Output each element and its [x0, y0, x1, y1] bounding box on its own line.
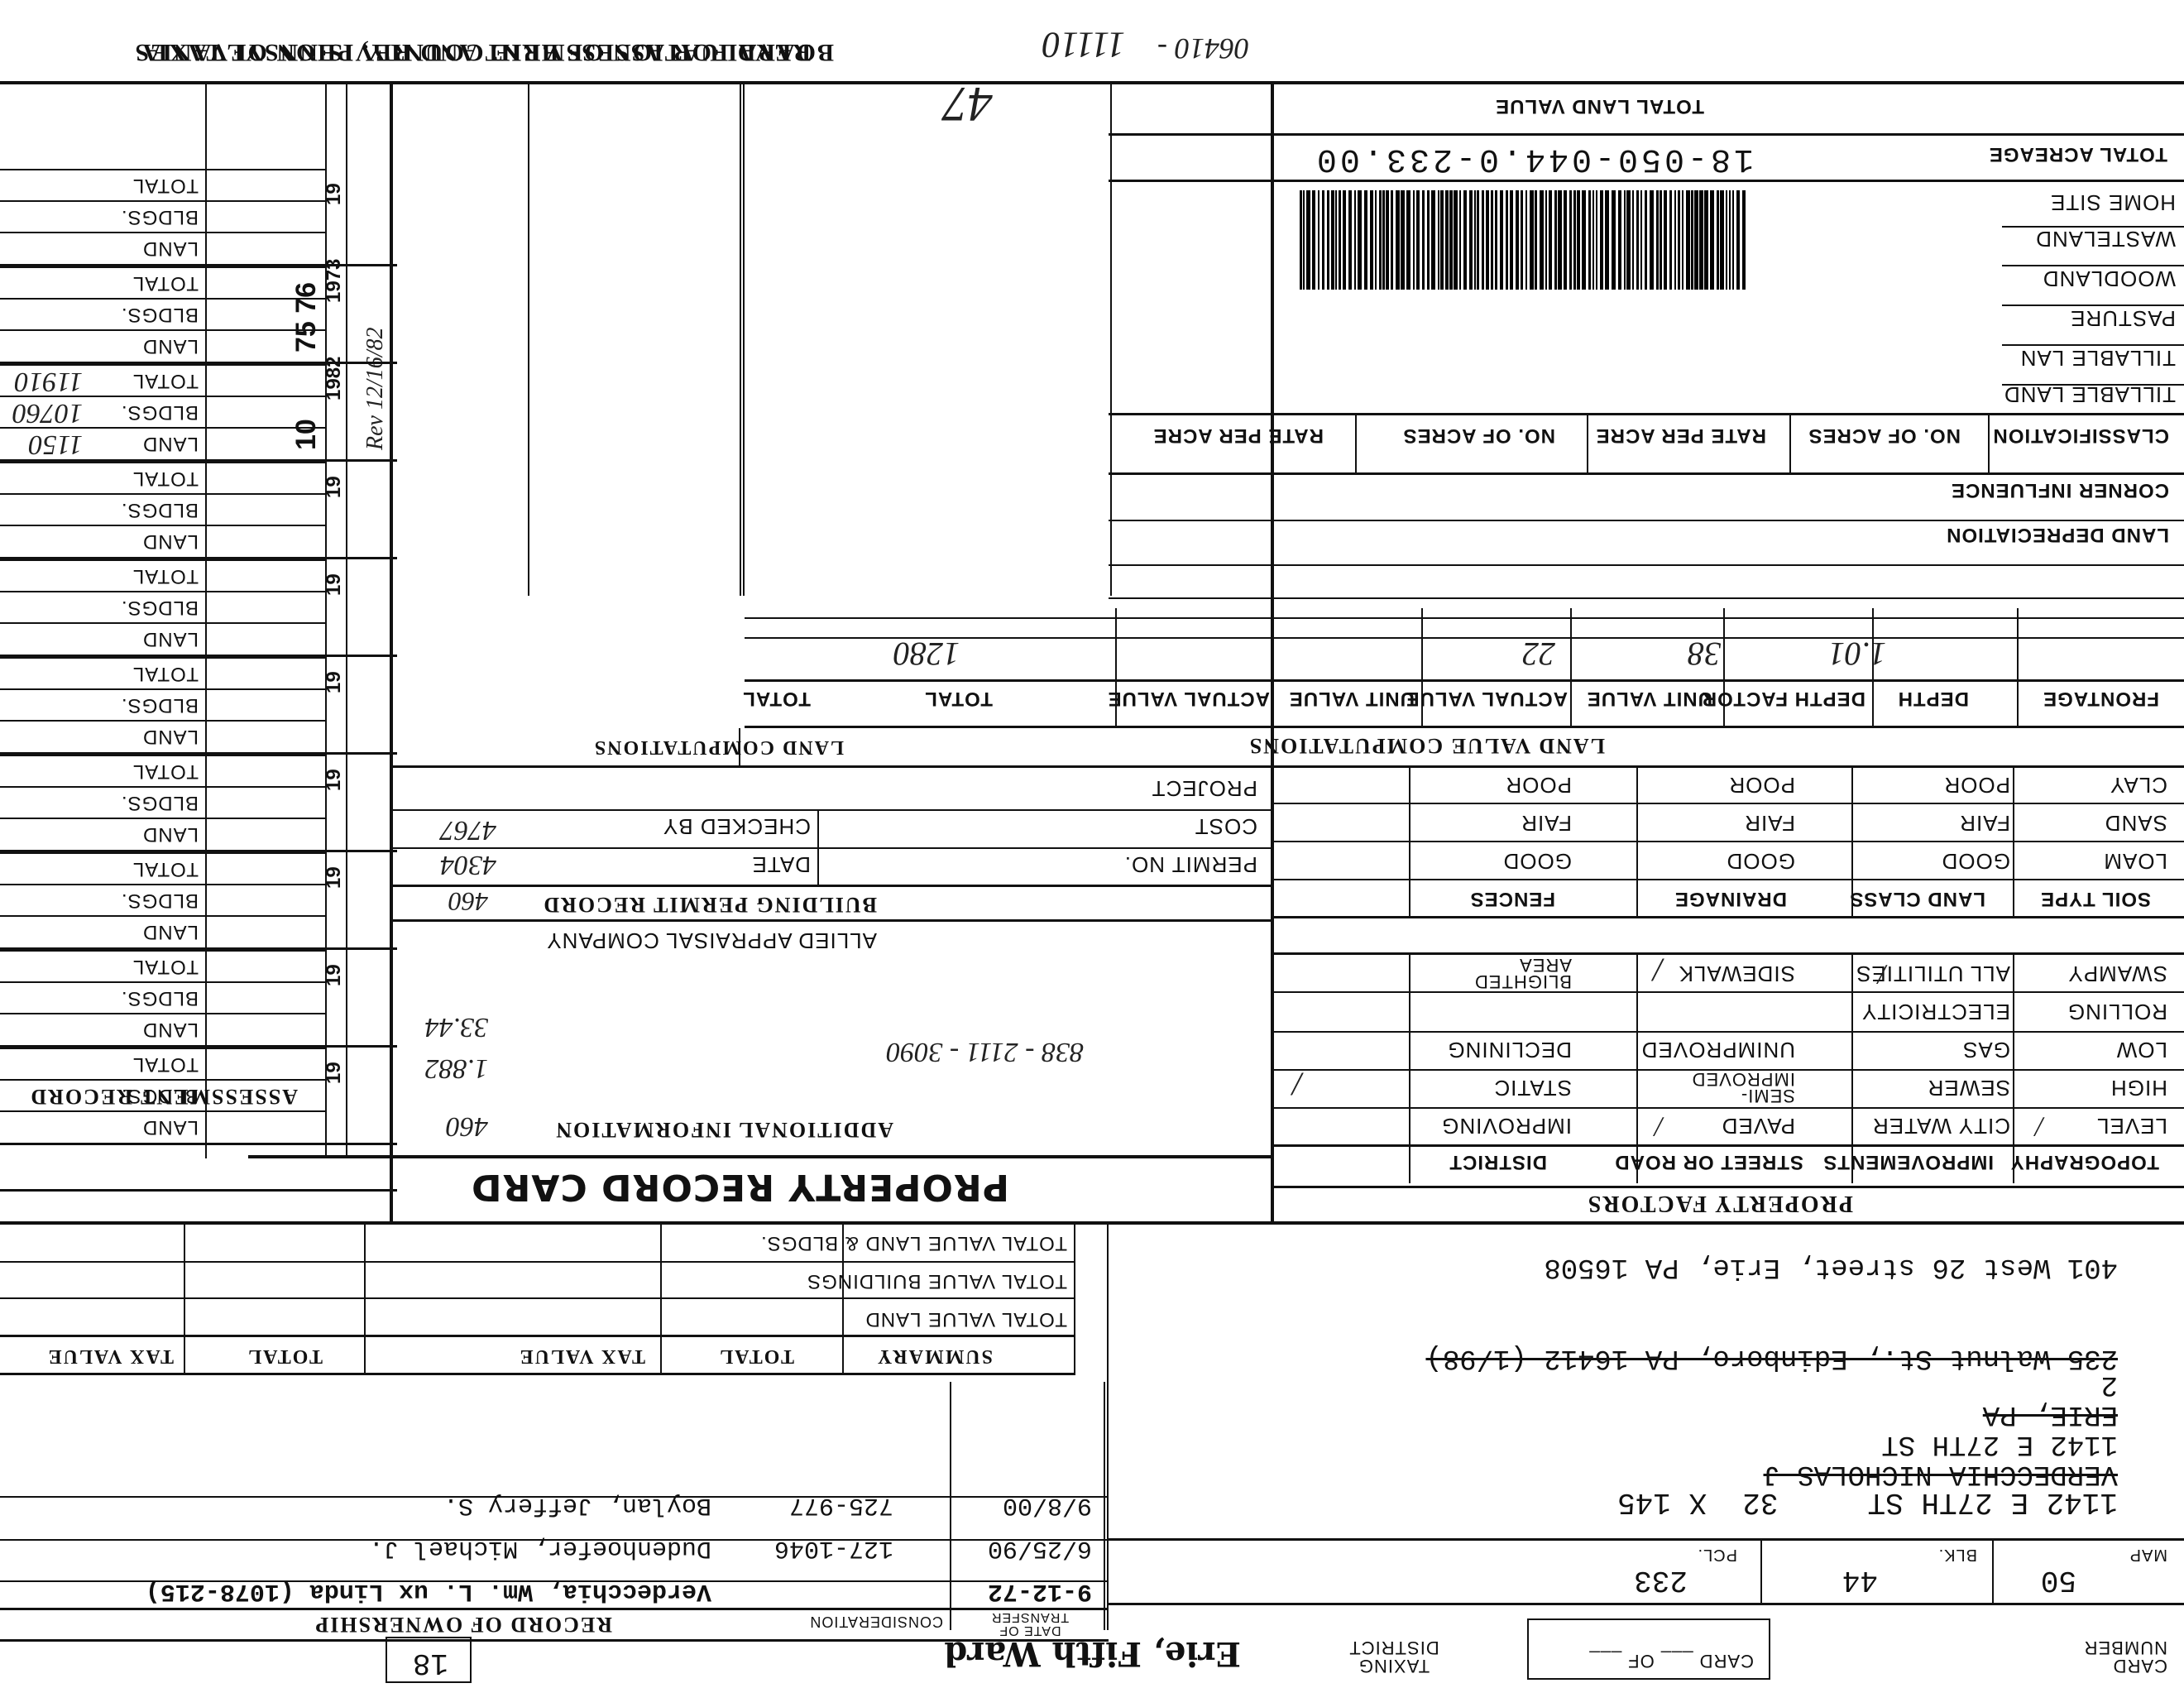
map-number: 50 [2041, 1563, 2076, 1597]
allied-appraisal-company: ALLIED APPRAISAL COMPANY [546, 928, 877, 953]
classification-header: CLASSIFICATION [1992, 424, 2169, 447]
total-acreage-label: TOTAL ACREAGE [1989, 142, 2167, 165]
assessment-year: 19 [323, 866, 346, 889]
acreage-home-site: HOME SITE [2050, 189, 2176, 215]
land-value-computations-title: LAND VALUE COMPUTATIONS [1248, 733, 1605, 758]
acreage-pasture: PASTURE [2070, 305, 2176, 331]
assessment-year: 19 [323, 476, 346, 498]
struck-address-edinboro: 235 Walnut St., Edinboro, PA 16412 (1/98… [1425, 1342, 2118, 1374]
assessment-note: Rev 12/16/82 [362, 327, 389, 450]
handwritten-phone: 838 - 2111 - 3090 [886, 1036, 1084, 1067]
check-all-utilities-icon: / [1879, 958, 1886, 990]
barcode [1299, 190, 1746, 290]
summary-total-buildings: TOTAL VALUE BUILDINGS [807, 1269, 1067, 1292]
property-record-card: REVALUATION OF ERIE COUNTY, PENNSYLVANIA… [0, 0, 2184, 1688]
permit-checked-by-label: CHECKED BY [663, 813, 811, 839]
land-computations-label: LAND COMPUTATIONS [593, 736, 844, 758]
property-location: 1142 E 27TH ST 32 X 145 [1617, 1485, 2118, 1519]
acreage-tillable-lan: TILLABLE LAN [2020, 345, 2176, 371]
block-number: 44 [1842, 1563, 1878, 1597]
assessment-record-title: ASSESSMENT RECORD [29, 1084, 298, 1109]
handwritten-code-2: 06410 - [1157, 31, 1249, 66]
check-paved-icon: / [1655, 1110, 1663, 1142]
parcel-number: 233 [1634, 1563, 1688, 1597]
land-depreciation-label: LAND DEPRECIATION [1946, 523, 2169, 546]
assessment-year: 19 [323, 573, 346, 596]
additional-information-title: ADDITIONAL INFORMATION [554, 1117, 893, 1142]
acreage-wasteland: WASTELAND [2035, 226, 2176, 252]
card-number-label: CARD NUMBER [2101, 1638, 2167, 1675]
permit-no-label: PERMIT NO. [1124, 851, 1257, 877]
acreage-woodland: WOODLAND [2043, 266, 2176, 291]
taxing-district-label: TAXING DISTRICT [1348, 1638, 1439, 1675]
summary-total-land-bldgs: TOTAL VALUE LAND & BLDGS. [760, 1231, 1067, 1254]
depth-factor-value: 1.01 [1828, 635, 1886, 674]
assessment-year: 19 [323, 183, 346, 205]
board-title: BOARD FOR ASSESSMENT AND REVISION OF TAX… [134, 38, 834, 66]
handwritten-total-top: 47 [943, 75, 993, 132]
total-land-value-label: TOTAL LAND VALUE [1495, 94, 1704, 117]
unit-value: 38 [1688, 635, 1721, 674]
permit-date-label: DATE [752, 851, 811, 877]
property-factors-title: PROPERTY FACTORS [1587, 1190, 1853, 1216]
consideration-header: CONSIDERATION [809, 1613, 943, 1630]
building-permit-title: BUILDING PERMIT RECORD [542, 892, 877, 917]
permit-cost-label: COST [1195, 813, 1257, 839]
taxing-district: Erie, Fifth Ward [944, 1634, 1241, 1673]
assessment-stamp: 10 [290, 419, 323, 450]
actual-value: 22 [1522, 635, 1555, 674]
acreage-tillable-land: TILLABLE LAND [2004, 381, 2176, 407]
summary-total-land: TOTAL VALUE LAND [864, 1307, 1067, 1331]
permit-project-label: PROJECT [1152, 775, 1257, 801]
parcel-id: 18-050-044.0-233.00 [1314, 140, 1754, 177]
check-level-icon: / [2036, 1110, 2043, 1142]
property-record-card-title: PROPERTY RECORD CARD [471, 1166, 1009, 1208]
current-address: 401 West 26 street, Erie, PA 16508 [1544, 1251, 2118, 1283]
date-of-transfer-header: DATE OF TRANSFER [960, 1610, 1100, 1637]
assessment-year: 19 [323, 769, 346, 791]
record-of-ownership-title: RECORD OF OWNERSHIP [314, 1612, 612, 1637]
corner-influence-label: CORNER INFLUENCE [1951, 478, 2169, 501]
handwritten-code: 11110 [1042, 24, 1125, 66]
district-code: 18 [413, 1646, 448, 1680]
assessment-year: 19 [323, 1062, 346, 1084]
assessment-year: 19 [323, 671, 346, 693]
assessment-year: 19 [323, 964, 346, 986]
check-static-icon: / [1293, 1065, 1302, 1104]
computation-total: 1280 [893, 635, 960, 674]
assessment-stamp: 75 76 [290, 282, 323, 352]
check-sidewalk-icon: / [1654, 951, 1663, 990]
